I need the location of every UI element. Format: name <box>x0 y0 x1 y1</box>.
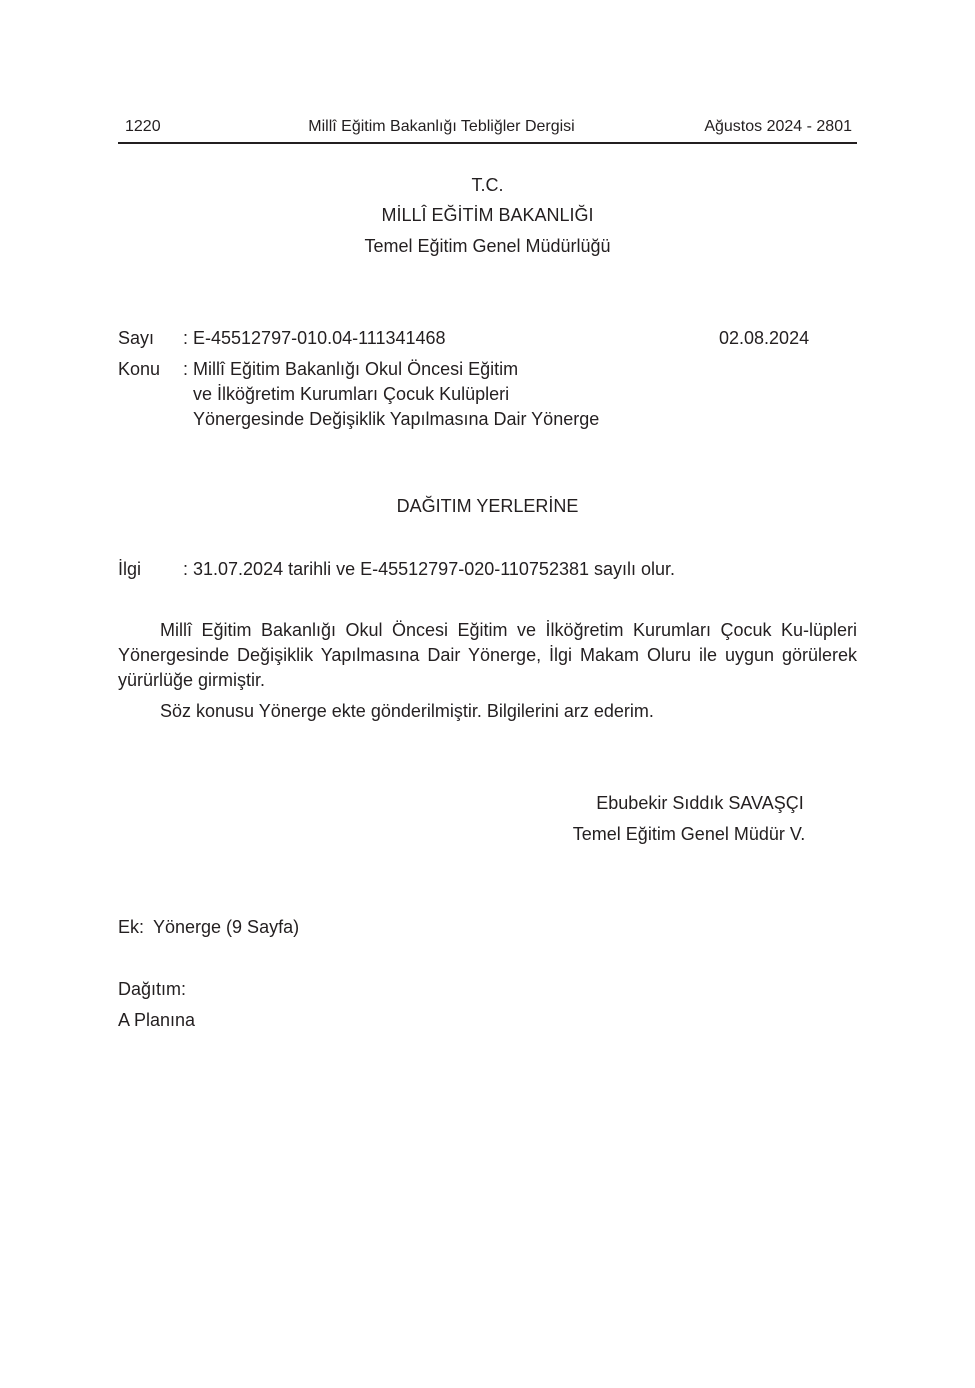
ilgi-value: : 31.07.2024 tarihli ve E-45512797-020-1… <box>183 559 675 580</box>
konu-line-3: Yönergesinde Değişiklik Yapılmasına Dair… <box>193 409 599 430</box>
issue-info: Ağustos 2024 - 2801 <box>704 118 852 136</box>
distribution-value: A Planına <box>118 1010 195 1031</box>
institution-line-2: MİLLÎ EĞİTİM BAKANLIĞI <box>0 205 975 226</box>
institution-line-3: Temel Eğitim Genel Müdürlüğü <box>0 236 975 257</box>
document-date: 02.08.2024 <box>719 328 809 349</box>
signatory-name: Ebubekir Sıddık SAVAŞÇI <box>550 793 850 814</box>
konu-label: Konu <box>118 359 160 380</box>
body-paragraph-2: Söz konusu Yönerge ekte gönderilmiştir. … <box>118 699 857 724</box>
konu-line-1: : Millî Eğitim Bakanlığı Okul Öncesi Eği… <box>183 359 518 380</box>
distribution-label: Dağıtım: <box>118 979 186 1000</box>
sayi-value: : E-45512797-010.04-111341468 <box>183 328 446 349</box>
header-divider <box>118 142 857 144</box>
addressee: DAĞITIM YERLERİNE <box>0 496 975 517</box>
attachment-value: Yönerge (9 Sayfa) <box>153 917 299 938</box>
body-paragraph-1: Millî Eğitim Bakanlığı Okul Öncesi Eğiti… <box>118 618 857 693</box>
ilgi-label: İlgi <box>118 559 141 580</box>
sayi-label: Sayı <box>118 328 154 349</box>
attachment-label: Ek: <box>118 917 144 938</box>
institution-line-1: T.C. <box>0 175 975 196</box>
signatory-title: Temel Eğitim Genel Müdür V. <box>539 824 839 845</box>
konu-line-2: ve İlköğretim Kurumları Çocuk Kulüpleri <box>193 384 509 405</box>
